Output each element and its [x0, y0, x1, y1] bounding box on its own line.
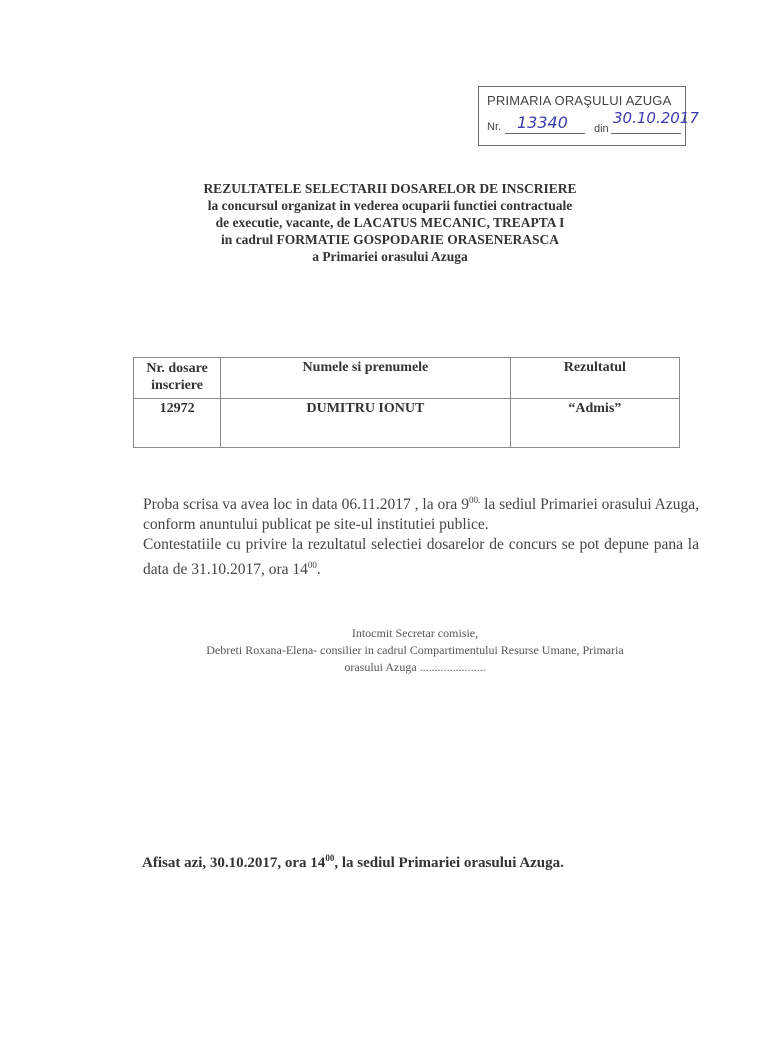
- stamp-din-value: 30.10.2017: [613, 109, 699, 127]
- signature-line: orasului Azuga ......................: [150, 659, 680, 676]
- heading-title: REZULTATELE SELECTARII DOSARELOR DE INSC…: [150, 180, 630, 197]
- stamp-nr-value: 13340: [517, 113, 568, 132]
- exam-paragraph: Proba scrisa va avea loc in data 06.11.2…: [143, 490, 699, 535]
- table-row: 12972 DUMITRU IONUT “Admis”: [134, 399, 680, 448]
- cell-nr: 12972: [134, 399, 221, 448]
- body-text: Proba scrisa va avea loc in data 06.11.2…: [143, 490, 699, 580]
- heading-line: a Primariei orasului Azuga: [150, 248, 630, 265]
- header-nr: Nr. dosare inscriere: [134, 358, 221, 399]
- stamp-din-line: [611, 133, 681, 134]
- registration-stamp: PRIMARIA ORAŞULUI AZUGA Nr. 13340 din 30…: [478, 86, 686, 146]
- appeal-paragraph: Contestatiile cu privire la rezultatul s…: [143, 535, 699, 580]
- results-table: Nr. dosare inscriere Numele si prenumele…: [133, 357, 680, 448]
- signature-line: Debreti Roxana-Elena- consilier in cadru…: [150, 642, 680, 659]
- table-header-row: Nr. dosare inscriere Numele si prenumele…: [134, 358, 680, 399]
- stamp-din-label: din: [594, 123, 609, 135]
- posting-note: Afisat azi, 30.10.2017, ora 1400, la sed…: [142, 853, 564, 872]
- cell-name: DUMITRU IONUT: [221, 399, 511, 448]
- heading-line: in cadrul FORMATIE GOSPODARIE ORASENERAS…: [150, 231, 630, 248]
- header-result: Rezultatul: [510, 358, 679, 399]
- stamp-nr-line: [505, 133, 585, 134]
- signature-line: Intocmit Secretar comisie,: [150, 625, 680, 642]
- stamp-institution: PRIMARIA ORAŞULUI AZUGA: [487, 93, 671, 108]
- heading-line: de executie, vacante, de LACATUS MECANIC…: [150, 214, 630, 231]
- document-heading: REZULTATELE SELECTARII DOSARELOR DE INSC…: [150, 180, 630, 265]
- header-name: Numele si prenumele: [221, 358, 511, 399]
- stamp-nr-label: Nr.: [487, 121, 501, 133]
- heading-line: la concursul organizat in vederea ocupar…: [150, 197, 630, 214]
- signature-block: Intocmit Secretar comisie, Debreti Roxan…: [150, 625, 680, 676]
- cell-result: “Admis”: [510, 399, 679, 448]
